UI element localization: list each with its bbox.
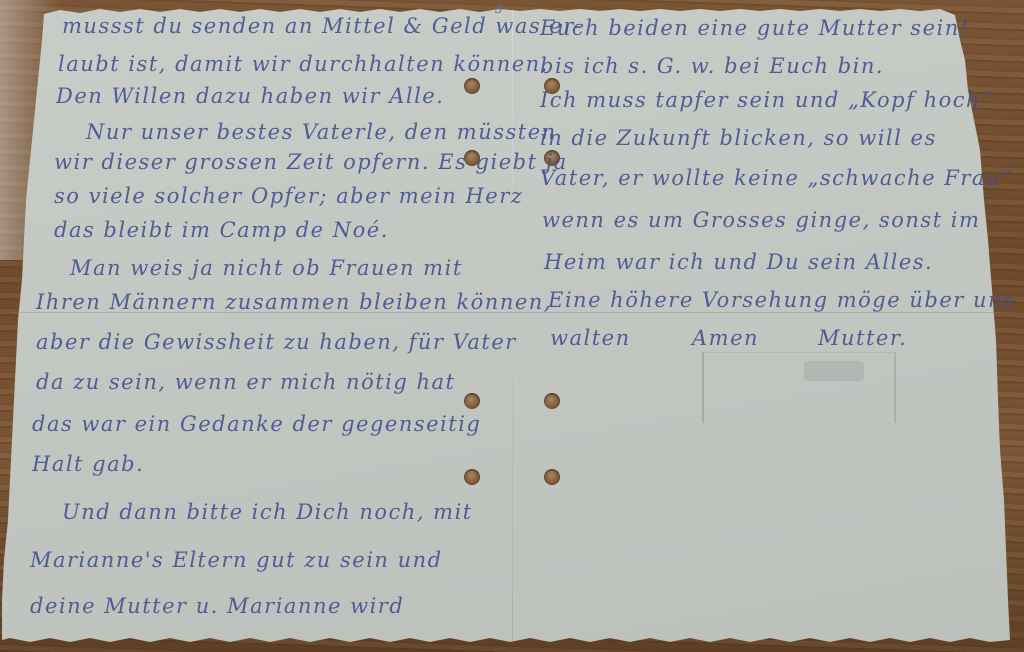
letter-line: da zu sein, wenn er mich nötig hat [36, 370, 455, 394]
letter-line: Halt gab. [32, 452, 144, 476]
letter-line: Nur unser bestes Vaterle, den müssten [86, 120, 557, 144]
punch-hole [464, 78, 480, 94]
letter-line: Und dann bitte ich Dich noch, mit [62, 500, 473, 524]
letter-line: deine Mutter u. Marianne wird [30, 594, 404, 618]
letter-line: walten [550, 326, 631, 350]
letter-line: das war ein Gedanke der gegenseitig [32, 412, 481, 436]
letter-line: Marianne's Eltern gut zu sein und [30, 548, 443, 572]
stamp-mark [804, 361, 864, 381]
letter-line: Ihren Männern zusammen bleiben können, [36, 290, 552, 314]
letter-line: wir dieser grossen Zeit opfern. Es giebt… [54, 150, 568, 174]
center-fold [512, 10, 513, 642]
letter-line: Heim war ich und Du sein Alles. [544, 250, 933, 274]
signature: Mutter. [818, 326, 907, 350]
punch-hole [464, 393, 480, 409]
letter-line: das bleibt im Camp de Noé. [54, 218, 389, 242]
letter-line: wenn es um Grosses ginge, sonst im [542, 208, 980, 232]
letter-line: aber die Gewissheit zu haben, für Vater [36, 330, 517, 354]
closing-text: Amen [692, 326, 759, 350]
punch-hole [464, 469, 480, 485]
letter-line: bis ich s. G. w. bei Euch bin. [540, 54, 884, 78]
letter-line: so viele solcher Opfer; aber mein Herz [54, 184, 523, 208]
faint-stamp-imprint [702, 352, 896, 423]
letter-line: Den Willen dazu haben wir Alle. [56, 84, 444, 108]
letter-line: Eine höhere Vorsehung möge über uns [548, 288, 1015, 312]
letter-line: in die Zukunft blicken, so will es [540, 126, 937, 150]
punch-hole [544, 469, 560, 485]
letter-line: Vater, er wollte keine „schwache Frau“ [540, 166, 1013, 190]
punch-hole [544, 393, 560, 409]
letter-line: Ich muss tapfer sein und „Kopf hoch“ [540, 88, 993, 112]
letter-line: Euch beiden eine gute Mutter sein! [540, 16, 970, 40]
letter-line: laubt ist, damit wir durchhalten können. [58, 52, 549, 76]
letter-line: mussst du senden an Mittel & Geld was er… [62, 14, 583, 38]
letter-line: Man weis ja nicht ob Frauen mit [70, 256, 463, 280]
